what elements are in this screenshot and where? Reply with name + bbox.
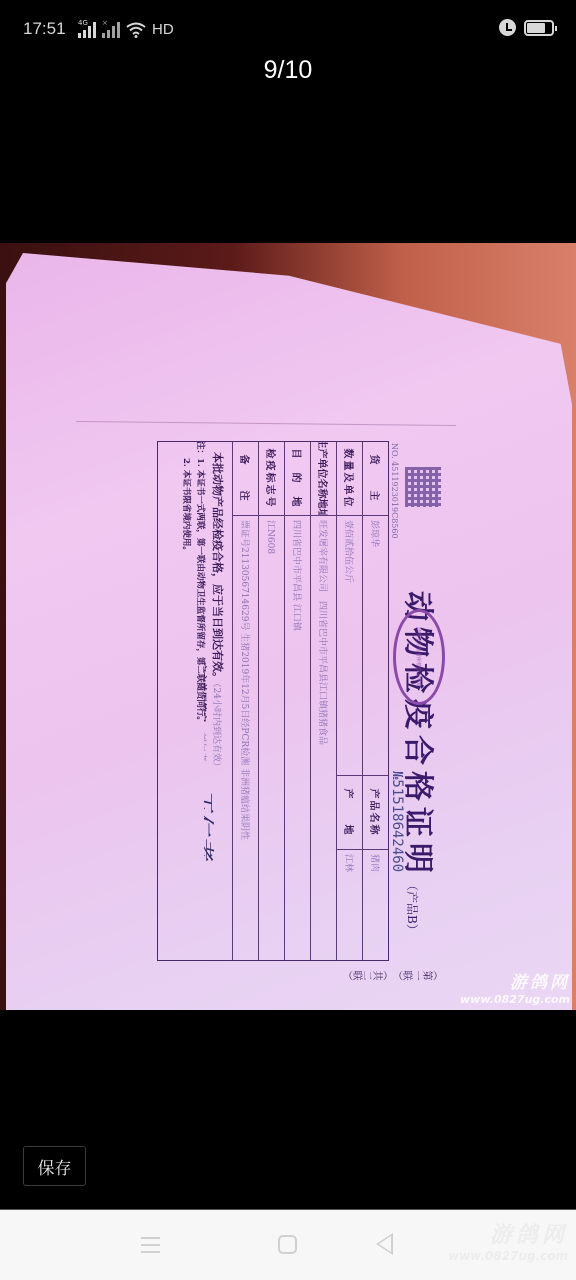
table-row: 数量及单位 壹佰贰拾伍公斤 产 地 江林 xyxy=(336,442,362,960)
signal-icon-no-service: × xyxy=(102,22,120,38)
watermark: 游鸽网 www.0827ug.com xyxy=(460,968,570,1006)
signature: 王仁孝 xyxy=(204,787,222,859)
table-row: 检疫标志号 江N608 xyxy=(258,442,284,960)
save-button[interactable]: 保存 xyxy=(23,1146,86,1186)
photo[interactable]: NO. 4511923019C8560 动物检疫合格证明（产品B） 动物卫生监督… xyxy=(0,243,576,1010)
image-viewer-screen: 17:51 4G × HD 9/10 xyxy=(0,0,576,1280)
official-stamp: 动物卫生监督所检疫专用章 xyxy=(393,609,445,705)
back-icon[interactable] xyxy=(376,1233,393,1255)
home-icon[interactable] xyxy=(278,1235,297,1254)
status-bar: 17:51 4G × HD xyxy=(0,0,576,60)
image-counter: 9/10 xyxy=(0,56,576,85)
copy-label-total: （共二联） xyxy=(343,966,393,981)
alarm-icon xyxy=(499,19,516,36)
table-row: 备 注 票证号2113056714629号 生猪2019年12月5日经PCR检测… xyxy=(232,442,258,960)
table-row: 货 主 彭琼华 产品名称 猪肉 xyxy=(362,442,388,960)
table-row: 生产单位名称地址 旺发屠宰有限公司 四川省巴中市平昌县江口镇猪猪食品 xyxy=(310,442,336,960)
certificate-no: NO. 4511923019C8560 xyxy=(390,443,399,539)
table-row: 目 的 地 四川省巴中市平昌县 江口镇 xyxy=(284,442,310,960)
wifi-icon xyxy=(126,22,146,38)
paper-fold xyxy=(76,421,456,426)
footnotes: 注：1. 本证书一式两联，第一联由动物卫生监督所留存，第二联随货同行。 2. 本… xyxy=(179,441,207,725)
signal-icon: 4G xyxy=(78,22,96,38)
serial-number: №5151864246​0 xyxy=(389,771,405,872)
status-time: 17:51 xyxy=(23,19,66,39)
statement: 本批动物产品经检疫合格，应于当日到达有效。（24小时内到达有效） xyxy=(210,452,226,771)
certificate-document: NO. 4511923019C8560 动物检疫合格证明（产品B） 动物卫生监督… xyxy=(127,441,447,961)
copy-label-first: （第一联） xyxy=(393,966,443,981)
battery-icon xyxy=(524,20,554,36)
qr-code xyxy=(405,467,441,507)
menu-icon[interactable] xyxy=(141,1237,160,1253)
navigation-bar: 游鸽网 www.0827ug.com xyxy=(0,1209,576,1280)
hd-icon: HD xyxy=(152,21,174,38)
nav-watermark: 游鸽网 www.0827ug.com xyxy=(448,1218,568,1263)
